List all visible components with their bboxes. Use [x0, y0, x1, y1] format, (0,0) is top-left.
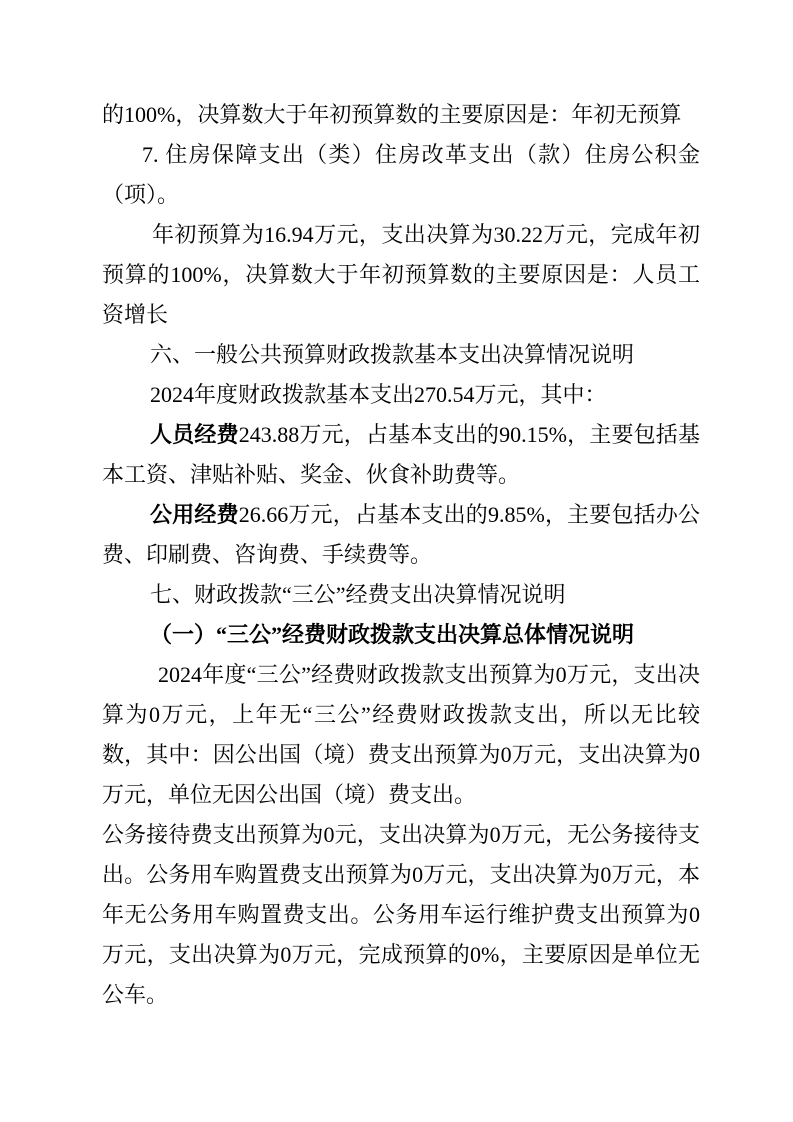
paragraph-continuation: 的100%，决算数大于年初预算数的主要原因是：年初无预算	[102, 95, 700, 135]
text-run: 2024年度财政拨款基本支出270.54万元，其中：	[150, 382, 607, 407]
paragraph-housing-budget-detail: 年初预算为16.94万元，支出决算为30.22万元，完成年初预算的100%，决算…	[102, 215, 700, 335]
heading-text: （一）“三公”经费财政拨款支出决算总体情况说明	[150, 622, 634, 647]
document-page: 的100%，决算数大于年初预算数的主要原因是：年初无预算 7. 住房保障支出（类…	[0, 0, 793, 1122]
text-run: 7. 住房保障支出（类）住房改革支出（款）住房公积金（项）。	[102, 142, 700, 207]
paragraph-reception-and-vehicle: 公务接待费支出预算为0元，支出决算为0万元，无公务接待支出。公务用车购置费支出预…	[102, 815, 700, 1015]
paragraph-public-funds: 公用经费26.66万元，占基本支出的9.85%，主要包括办公费、印刷费、咨询费、…	[102, 495, 700, 575]
heading-text: 六、一般公共预算财政拨款基本支出决算情况说明	[150, 342, 634, 367]
paragraph-item-7-housing: 7. 住房保障支出（类）住房改革支出（款）住房公积金（项）。	[102, 135, 700, 215]
paragraph-three-public-overview: 2024年度“三公”经费财政拨款支出预算为0万元，支出决算为0万元，上年无“三公…	[102, 655, 700, 815]
paragraph-basic-expenditure-total: 2024年度财政拨款基本支出270.54万元，其中：	[102, 375, 700, 415]
document-text-block: 的100%，决算数大于年初预算数的主要原因是：年初无预算 7. 住房保障支出（类…	[0, 0, 793, 1015]
text-run: 年初预算为16.94万元，支出决算为30.22万元，完成年初预算的100%，决算…	[102, 222, 700, 327]
section-heading-seven: 七、财政拨款“三公”经费支出决算情况说明	[102, 575, 700, 615]
subsection-heading-one: （一）“三公”经费财政拨款支出决算总体情况说明	[102, 615, 700, 655]
text-run: 的100%，决算数大于年初预算数的主要原因是：年初无预算	[102, 102, 681, 127]
text-run: 2024年度“三公”经费财政拨款支出预算为0万元，支出决算为0万元，上年无“三公…	[102, 662, 700, 807]
section-heading-six: 六、一般公共预算财政拨款基本支出决算情况说明	[102, 335, 700, 375]
paragraph-personnel-funds: 人员经费243.88万元，占基本支出的90.15%，主要包括基本工资、津贴补贴、…	[102, 415, 700, 495]
heading-text: 七、财政拨款“三公”经费支出决算情况说明	[150, 582, 566, 607]
text-run: 公务接待费支出预算为0元，支出决算为0万元，无公务接待支出。公务用车购置费支出预…	[102, 822, 700, 1007]
bold-term-public-funds: 公用经费	[150, 502, 239, 527]
bold-term-personnel-funds: 人员经费	[150, 422, 239, 447]
